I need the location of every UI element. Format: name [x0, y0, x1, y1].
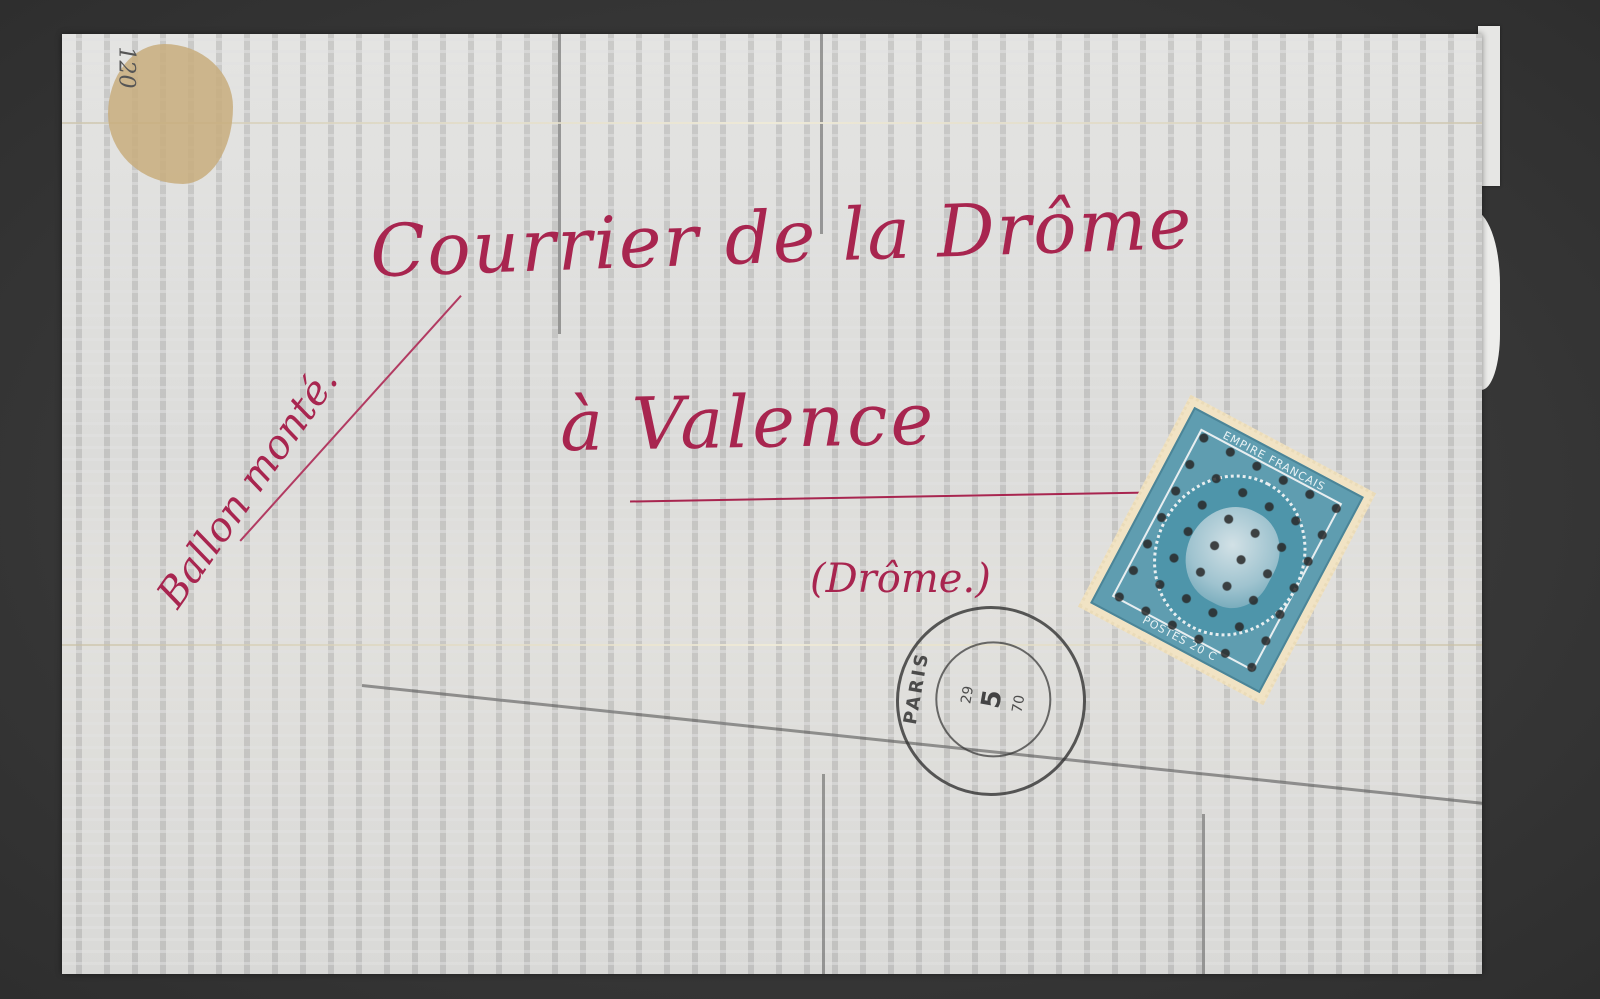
address-department: (Drôme.): [810, 556, 991, 602]
column-rule: [1202, 814, 1205, 974]
top-left-note: 120: [114, 47, 139, 89]
postmark-inner-ring: 29 5 70: [926, 632, 1060, 766]
address-city: à Valence: [559, 377, 936, 468]
paper-fold: [62, 122, 1482, 124]
column-rule: [558, 34, 561, 334]
column-rule: [822, 774, 825, 974]
